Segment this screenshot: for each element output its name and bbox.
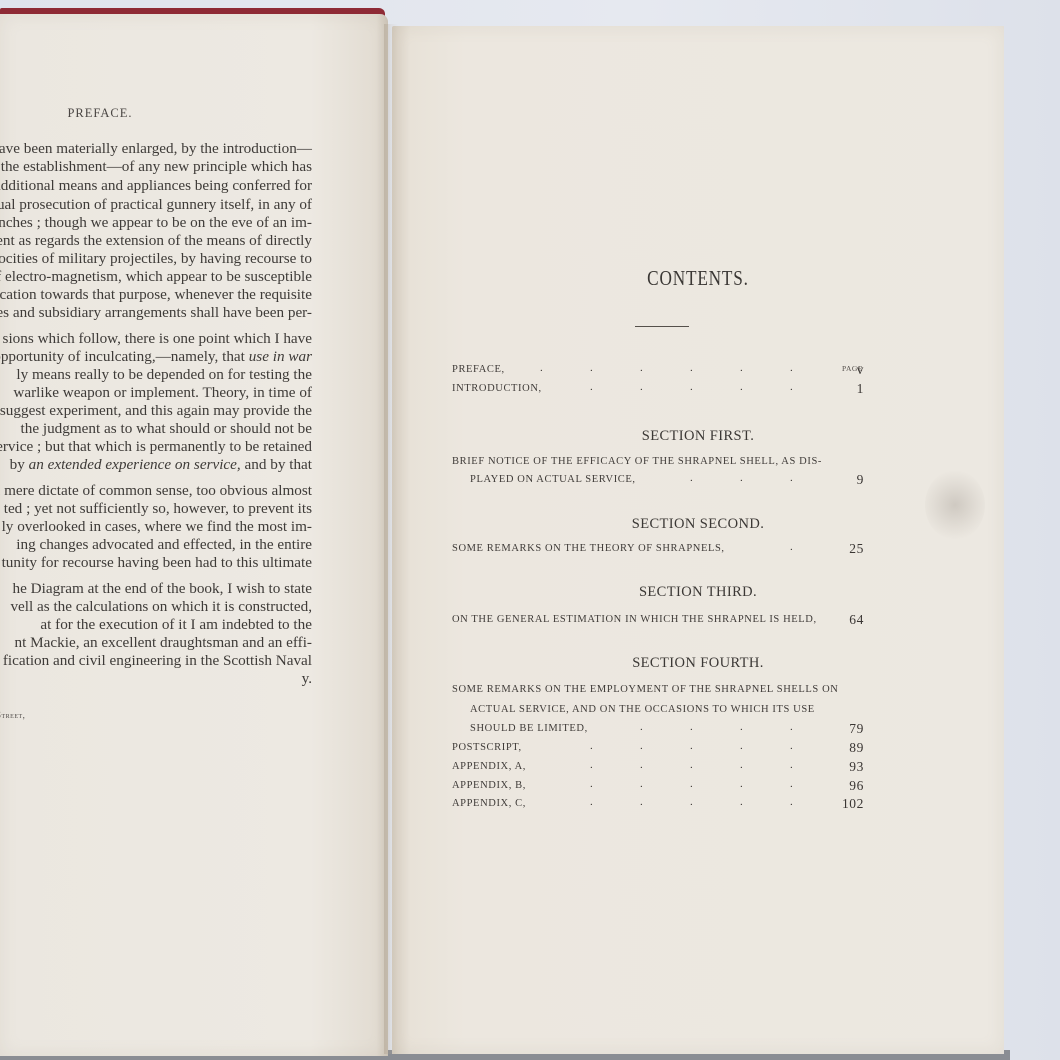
dot-leader [452,612,834,630]
toc-entry-title: ACTUAL SERVICE, AND ON THE OCCASIONS TO … [470,704,882,715]
preface-line: tual prosecution of practical gunnery it… [0,196,312,214]
toc-page-number: 25 [849,541,864,557]
preface-line: warlike weapon or implement. Theory, in … [13,384,312,402]
dot-leader: ...... [452,362,834,380]
preface-line: of electro-magnetism, which appear to be… [0,268,312,286]
dot-leader: ..... [452,778,834,796]
running-head: PREFACE. [0,106,200,121]
footer-fragment: Street, [0,710,25,720]
preface-line: ly overlooked in cases, where we find th… [2,518,312,536]
title-rule [635,326,689,327]
toc-entry-title: SOME REMARKS ON THE EMPLOYMENT OF THE SH… [452,684,864,695]
right-page [392,26,1004,1054]
preface-line: ces and subsidiary arrangements shall ha… [0,304,312,322]
dot-leader: .... [452,721,834,739]
toc-entry: INTRODUCTION,.....1 [452,383,864,401]
toc-page-number: 79 [849,721,864,737]
toc-page-number: 9 [857,472,864,488]
toc-page-number: 102 [842,796,864,812]
preface-line: cation towards that purpose, whenever th… [0,286,312,304]
dot-leader: . [452,541,834,559]
dot-leader: ... [452,472,834,490]
toc-entry: POSTSCRIPT,.....89 [452,742,864,760]
dot-leader: ..... [452,381,834,399]
preface-line: vell as the calculations on which it is … [10,598,312,616]
toc-entry: APPENDIX, A,.....93 [452,761,864,779]
preface-line: ing changes advocated and effected, in t… [16,536,312,554]
left-page: PREFACE. ist have been materially enlarg… [0,14,388,1056]
preface-line: a mere dictate of common sense, too obvi… [0,482,312,500]
preface-line: sions which follow, there is one point w… [3,330,312,348]
preface-line: he Diagram at the end of the book, I wis… [13,580,312,598]
preface-line: y. [302,670,312,688]
preface-line: nt additional means and appliances being… [0,177,312,195]
toc-page-number: 64 [849,612,864,628]
toc-page-number: 93 [849,759,864,775]
preface-line: ervice ; but that which is permanently t… [0,438,312,456]
preface-line: fication and civil engineering in the Sc… [3,652,312,670]
preface-line: velocities of military projectiles, by h… [0,250,312,268]
preface-line: by an extended experience on service, an… [10,456,312,474]
preface-line: l say, the establishment—of any new prin… [0,158,312,176]
dot-leader: ..... [452,759,834,777]
section-heading: SECTION FIRST. [392,428,1004,445]
preface-line: ly means really to be depended on for te… [16,366,312,384]
preface-line: y opportunity of inculcating,—namely, th… [0,348,312,366]
contents-title: CONTENTS. [447,266,949,291]
preface-line: y suggest experiment, and this again may… [0,402,312,420]
toc-entry: PREFACE,......v [452,364,864,382]
toc-entry: SHOULD BE LIMITED,....79 [452,723,864,741]
toc-entry: SOME REMARKS ON THE THEORY OF SHRAPNELS,… [452,543,864,561]
toc-entry: ON THE GENERAL ESTIMATION IN WHICH THE S… [452,614,864,632]
preface-line: the judgment as to what should or should… [21,420,312,438]
toc-page-number: v [857,362,864,378]
preface-line: tunity for recourse having been had to t… [2,554,312,572]
preface-line: at for the execution of it I am indebted… [40,616,312,634]
section-heading: SECTION THIRD. [392,584,1004,601]
preface-line: nt Mackie, an excellent draughtsman and … [15,634,312,652]
preface-line: ement as regards the extension of the me… [0,232,312,250]
toc-page-number: 1 [857,381,864,397]
toc-entry: APPENDIX, C,.....102 [452,798,864,816]
toc-entry: PLAYED ON ACTUAL SERVICE,...9 [452,474,864,492]
preface-line: ist have been materially enlarged, by th… [0,140,312,158]
toc-entry-title: BRIEF NOTICE OF THE EFFICACY OF THE SHRA… [452,456,864,467]
preface-line: ted ; yet not sufficiently so, however, … [4,500,312,518]
book-gutter [384,24,398,1054]
section-heading: SECTION FOURTH. [392,655,1004,672]
toc-page-number: 96 [849,778,864,794]
dot-leader: ..... [452,796,834,814]
dot-leader: ..... [452,740,834,758]
preface-line: anches ; though we appear to be on the e… [0,214,312,232]
toc-page-number: 89 [849,740,864,756]
section-heading: SECTION SECOND. [392,516,1004,533]
